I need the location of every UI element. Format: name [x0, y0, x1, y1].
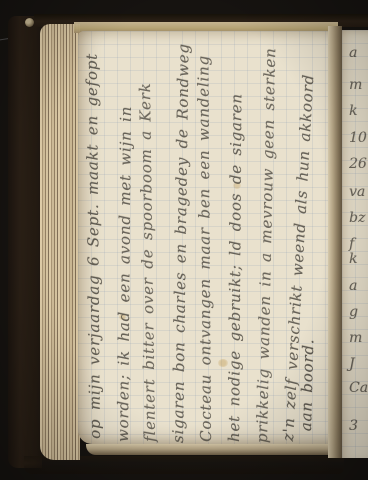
book-cover-spine — [8, 16, 42, 468]
handwriting-line: op mijn verjaardag 6 Sept. maakt en gefo… — [85, 53, 103, 439]
handwriting-fragment: g — [349, 305, 358, 319]
handwriting-fragment: k — [349, 104, 357, 118]
handwriting-fragment: a — [349, 279, 357, 293]
handwriting-fragment: m — [349, 331, 362, 345]
handwriting-fragment: va — [349, 185, 365, 199]
handwriting-fragment: k — [349, 252, 357, 266]
page-gutter — [328, 26, 342, 458]
handwriting-line: worden; ik had een avond met wijn in — [116, 106, 134, 442]
handwriting-fragment: 26 — [349, 157, 367, 171]
handwriting-fragment: 10 — [349, 131, 367, 145]
handwriting-fragment: bz — [349, 211, 365, 225]
handwriting-fragment: m — [349, 78, 362, 92]
underlying-pages-edge — [86, 444, 330, 455]
page-stack-fore-edge — [40, 24, 80, 460]
handwriting-fragment: 3 — [349, 419, 358, 433]
cover-corner-rivet — [25, 18, 34, 27]
handwriting-fragment: a — [349, 46, 357, 60]
handwriting-fragment: J — [349, 357, 355, 371]
handwriting-fragment: f — [349, 237, 354, 251]
handwriting-fragment: Ca — [349, 381, 368, 395]
notebook-photo: op mijn verjaardag 6 Sept. maakt en gefo… — [0, 0, 368, 480]
handwriting-line: aan boord. — [299, 339, 316, 432]
handwriting-line: het nodige gebruikt; ld doos de sigaren — [227, 93, 244, 442]
handwriting-line: Cocteau ontvangen maar ben een wandeling — [196, 55, 214, 442]
